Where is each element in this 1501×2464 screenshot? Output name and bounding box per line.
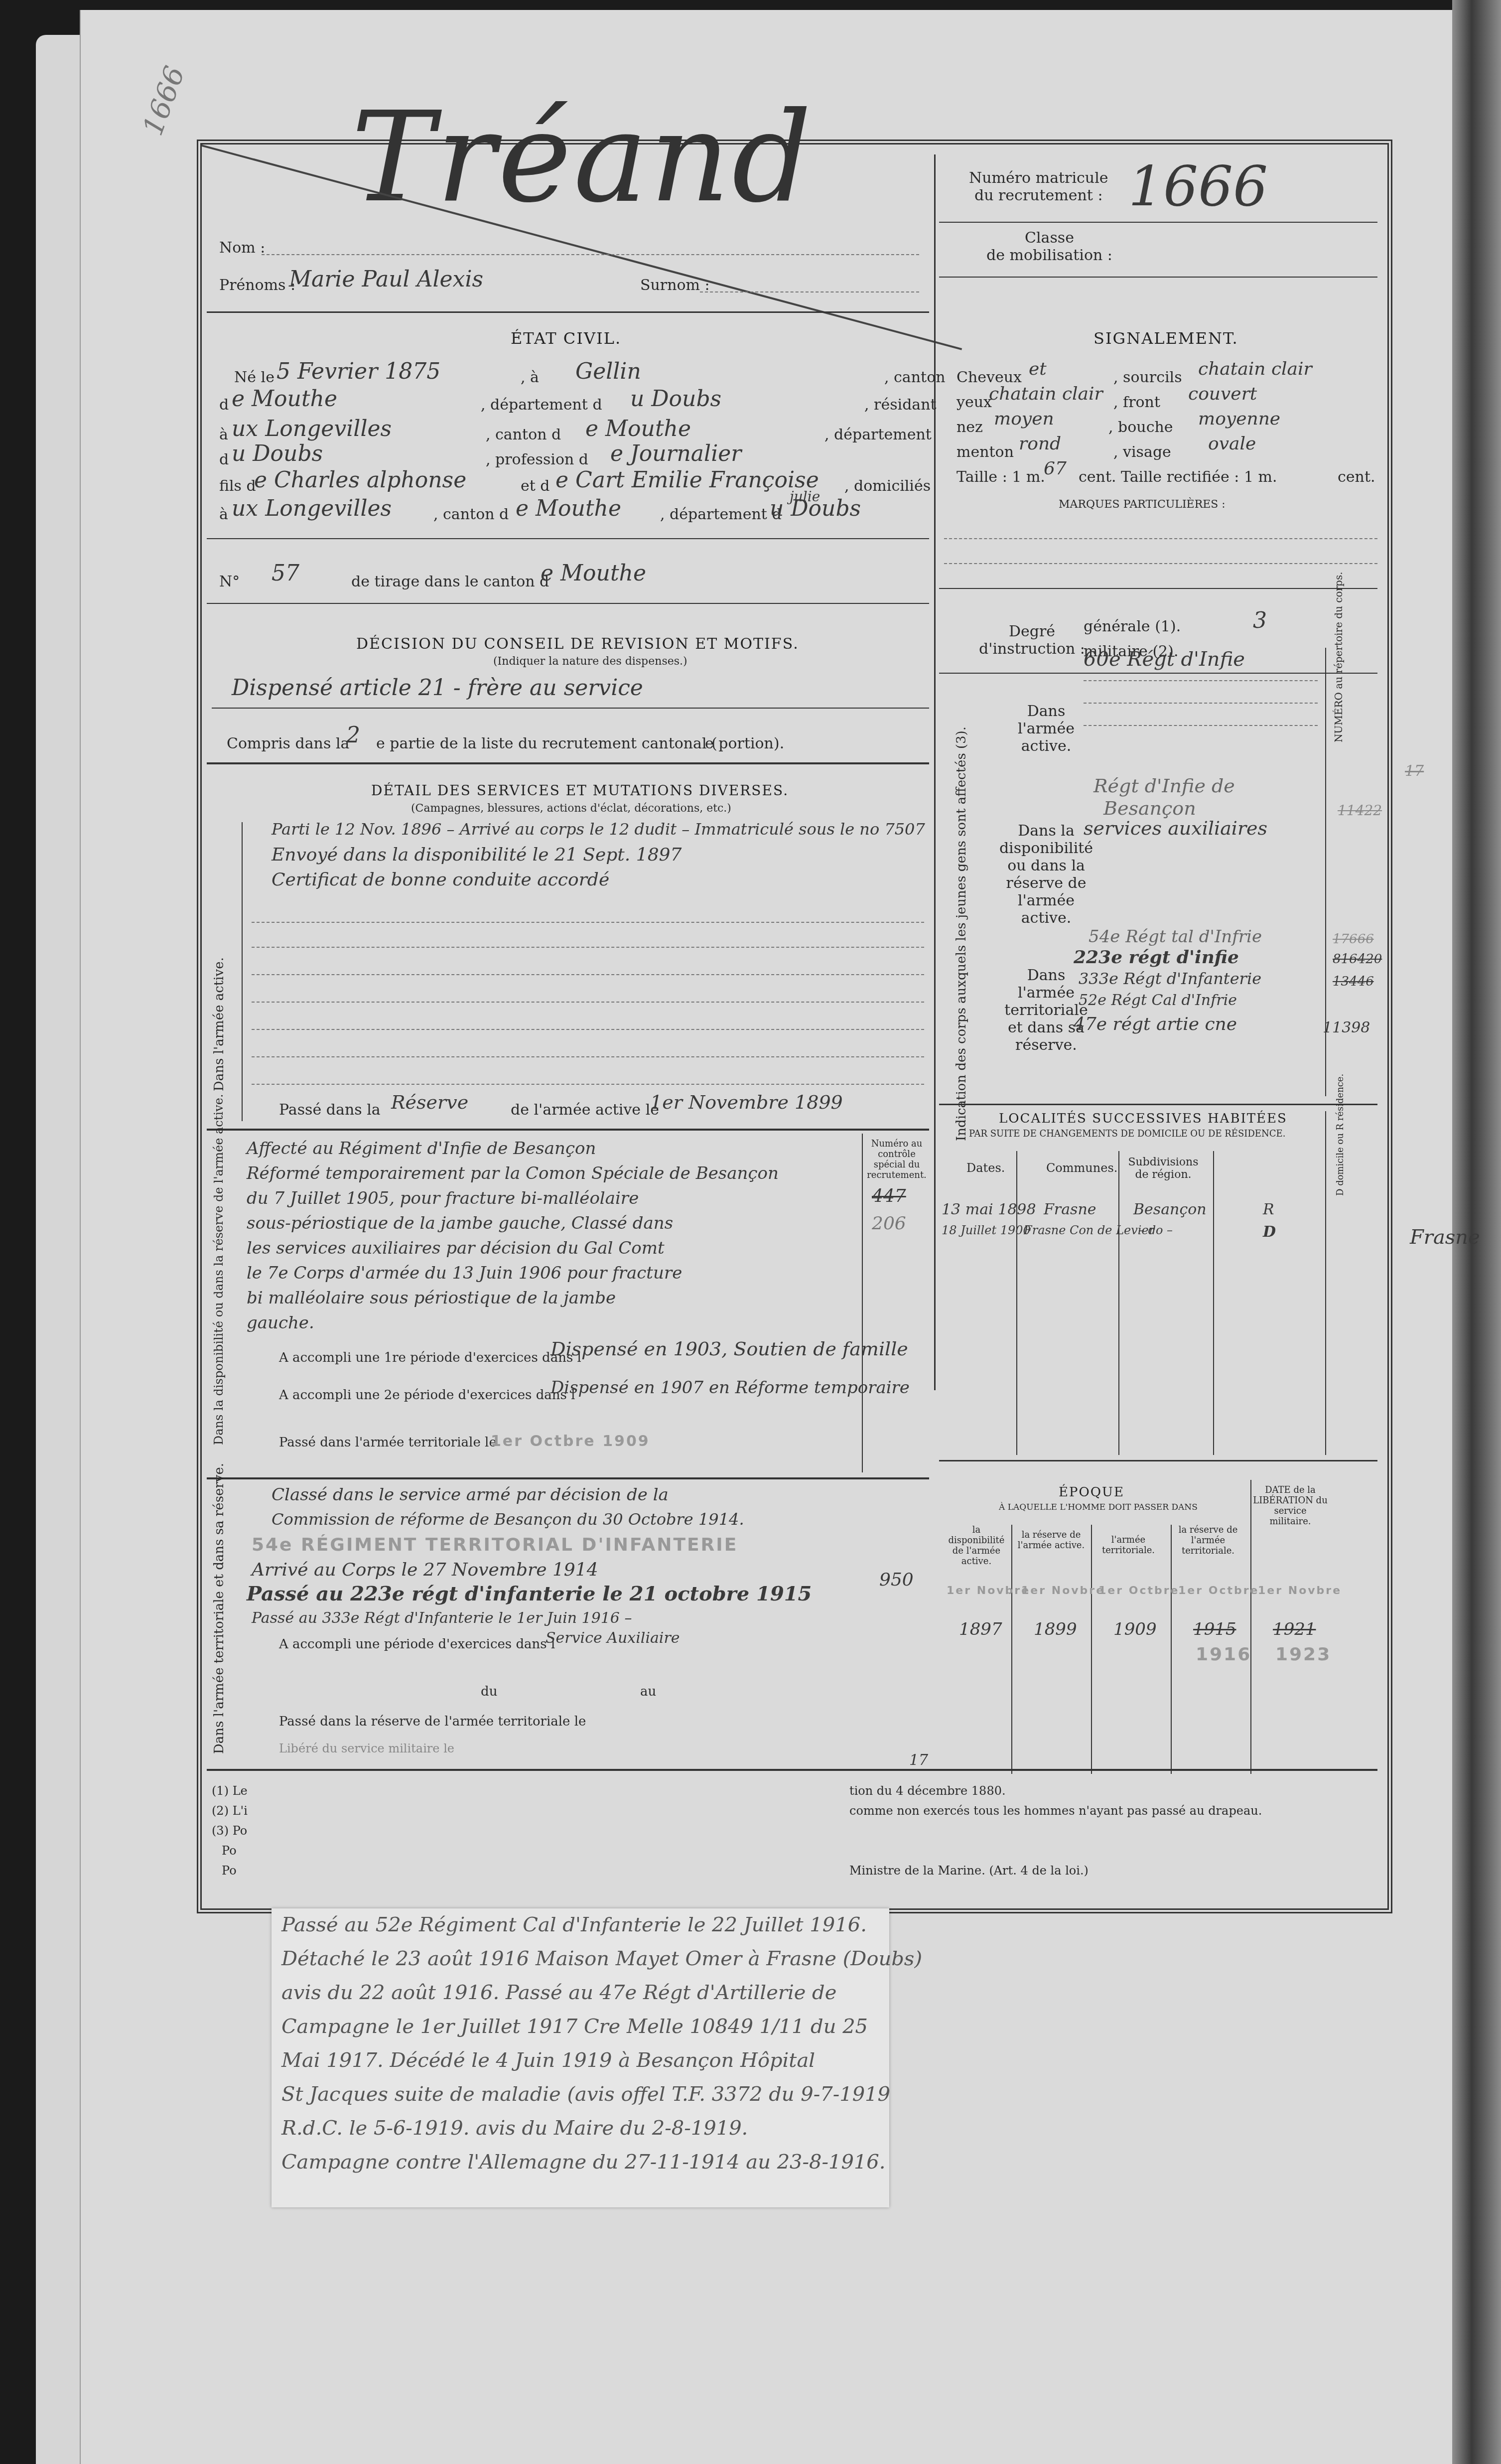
localite-type: R	[1263, 1201, 1274, 1218]
terr-line: Passé au 333e Régt d'Infanterie le 1er J…	[252, 1609, 632, 1627]
prenoms-label: Prénoms :	[219, 277, 295, 294]
dispo-line: le 7e Corps d'armée du 13 Juin 1906 pour…	[247, 1263, 682, 1283]
epoque-col: la disponibilité de l'armée active.	[944, 1525, 1009, 1567]
service-line: Envoyé dans la disponibilité le 21 Sept.…	[272, 845, 682, 865]
localite-subdivision: Besançon	[1133, 1201, 1207, 1218]
localite-type: D	[1263, 1223, 1276, 1241]
surnom-label: Surnom :	[640, 277, 710, 294]
dispo-line: Réformé temporairement par la Comon Spéc…	[247, 1163, 779, 1183]
terr-controle-number: 950	[879, 1570, 914, 1590]
epoque-col: la réserve de l'armée active.	[1014, 1530, 1089, 1551]
tirage-canton: e Mouthe	[541, 561, 646, 586]
terr-line: Classé dans le service armé par décision…	[272, 1485, 669, 1505]
liberation-col: DATE de la LIBÉRATION du service militai…	[1253, 1485, 1328, 1527]
sourcils-value: chatain clair	[1198, 359, 1312, 379]
affect-active-entry: 60e Régt d'Infie	[1084, 648, 1245, 671]
service-line: Parti le 12 Nov. 1896 – Arrivé au corps …	[272, 820, 925, 839]
regiment-stamp: 54e RÉGIMENT TERRITORIAL D'INFANTERIE	[252, 1535, 738, 1555]
epoque-col: la réserve de l'armée territoriale.	[1173, 1525, 1243, 1556]
dispo-line: Affecté au Régiment d'Infie de Besançon	[247, 1139, 596, 1159]
prenoms-value: Marie Paul Alexis	[289, 267, 483, 292]
services-active-side-label: Dans l'armée active.	[212, 957, 227, 1091]
slip-line: Passé au 52e Régiment Cal d'Infanterie l…	[281, 1913, 867, 1936]
col-dates: Dates.	[966, 1161, 1005, 1175]
birth-canton: e Mouthe	[232, 386, 337, 412]
birth-place: Gellin	[575, 359, 641, 384]
slip-line: Campagne contre l'Allemagne du 27-11-191…	[281, 2151, 886, 2174]
localite-date: 18 Juillet 1900	[942, 1223, 1031, 1237]
attached-paper-slip: Passé au 52e Régiment Cal d'Infanterie l…	[272, 1908, 889, 2207]
localite-commune: Frasne	[1044, 1201, 1096, 1218]
terr-line: Commission de réforme de Besançon du 30 …	[272, 1510, 744, 1529]
terr-line: Passé au 223e régt d'infanterie le 21 oc…	[247, 1582, 812, 1605]
localite-commune: Frasne Con de Levier	[1024, 1223, 1154, 1237]
matricule-number: 1666	[1128, 154, 1268, 218]
residence: ux Longevilles	[232, 416, 392, 441]
matricule-form: Tréand Nom : Prénoms : Marie Paul Alexis…	[197, 140, 1392, 1913]
epoque-year: 1897	[959, 1619, 1002, 1639]
service-line: Certificat de bonne conduite accordé	[272, 870, 609, 890]
slip-line: St Jacques suite de maladie (avis offel …	[281, 2083, 890, 2106]
passe-reserve: Réserve	[391, 1091, 468, 1113]
matricule-label: Numéro matricule du recrutement :	[969, 169, 1108, 204]
slip-line: R.d.C. le 5-6-1919. avis du Maire du 2-8…	[281, 2117, 748, 2140]
liberation-year: 1921	[1273, 1619, 1316, 1639]
affectations-side-label: Indication des corps auxquels les jeunes…	[954, 726, 969, 1141]
decision-title: DÉCISION DU CONSEIL DE REVISION ET MOTIF…	[356, 635, 799, 653]
dispo-line: bi malléolaire sous périostique de la ja…	[247, 1288, 616, 1308]
nom-label: Nom :	[219, 239, 265, 257]
epoque-year: 1899	[1034, 1619, 1077, 1639]
slip-line: Détaché le 23 août 1916 Maison Mayet Ome…	[281, 1947, 922, 1970]
compris-partie: 2	[346, 723, 360, 748]
services-terr-side-label: Dans l'armée territoriale et dans sa rés…	[212, 1463, 227, 1754]
passe-reserve-date: 1er Novembre 1899	[650, 1091, 843, 1113]
slip-line: avis du 22 août 1916. Passé au 47e Régt …	[281, 1981, 836, 2004]
birth-date: 5 Fevrier 1875	[276, 359, 440, 384]
outside-number: 17	[1405, 762, 1424, 780]
localites-title: LOCALITÉS SUCCESSIVES HABITÉES	[999, 1111, 1287, 1126]
signalement-title: SIGNALEMENT.	[1093, 329, 1238, 348]
numero-controle-label: Numéro au contrôle spécial du recrutemen…	[867, 1139, 927, 1180]
surname-handwritten: Tréand	[351, 85, 814, 230]
numero-repertoire-label: NUMÉRO au répertoire du corps.	[1333, 572, 1345, 742]
territoriale-entry: 47e régt artie cne	[1074, 1014, 1237, 1034]
dispo-line: sous-périostique de la jambe gauche, Cla…	[247, 1213, 673, 1233]
father-name: e Charles alphonse	[254, 467, 466, 493]
territoriale-entry: 223e régt d'infie	[1074, 947, 1239, 968]
dispo-line: du 7 Juillet 1905, pour fracture bi-mall…	[247, 1188, 639, 1208]
affect-active-label: Dans l'armée active.	[999, 703, 1093, 755]
periode-terr-value: Service Auxiliaire	[546, 1629, 680, 1647]
birth-department: u Doubs	[630, 386, 721, 412]
epoque-title: ÉPOQUE	[1059, 1485, 1124, 1500]
instruction-generale: 3	[1253, 608, 1267, 633]
services-title: DÉTAIL DES SERVICES ET MUTATIONS DIVERSE…	[371, 782, 789, 799]
taille-value: 67	[1044, 458, 1067, 479]
col-communes: Communes.	[1046, 1161, 1117, 1175]
affect-dispo-label: Dans la disponibilité ou dans la réserve…	[999, 822, 1093, 927]
territoriale-entry: 52e Régt Cal d'Infrie	[1079, 992, 1237, 1009]
territoriale-entry: 54e Régt tal d'Infrie	[1089, 927, 1262, 947]
periode-2-value: Dispensé en 1907 en Réforme temporaire	[550, 1378, 910, 1398]
slip-line: Mai 1917. Décédé le 4 Juin 1919 à Besanç…	[281, 2049, 815, 2072]
slip-line: Campagne le 1er Juillet 1917 Cre Melle 1…	[281, 2015, 868, 2038]
epoque-year: 1915	[1193, 1619, 1236, 1639]
territoriale-entry: 333e Régt d'Infanterie	[1079, 969, 1261, 988]
localite-date: 13 mai 1898	[942, 1201, 1036, 1218]
epoque-year: 1909	[1113, 1619, 1157, 1639]
epoque-col: l'armée territoriale.	[1093, 1535, 1163, 1556]
yeux-value: chatain clair	[989, 384, 1103, 404]
classe-label: Classe de mobilisation :	[986, 229, 1112, 264]
passe-territoriale-stamp: 1er Octbre 1909	[491, 1433, 650, 1450]
col-domicile: D domicile ou R résidence.	[1335, 1074, 1346, 1196]
profession: e Journalier	[610, 441, 741, 466]
dispo-line: gauche.	[247, 1313, 314, 1333]
tirage-number: 57	[272, 561, 299, 586]
terr-line: Arrivé au Corps le 27 Novembre 1914	[252, 1560, 598, 1580]
dispo-line: les services auxiliaires par décision du…	[247, 1238, 665, 1258]
decision-value: Dispensé article 21 - frère au service	[232, 675, 643, 701]
etat-civil-title: ÉTAT CIVIL.	[511, 329, 621, 348]
services-dispo-side-label: Dans la disponibilité ou dans la réserve…	[212, 1094, 226, 1445]
periode-1-value: Dispensé en 1903, Soutien de famille	[550, 1338, 908, 1360]
localite-subdivision: – do –	[1138, 1223, 1173, 1237]
outside-commune-note: Frasne	[1410, 1226, 1480, 1249]
mother-name: e Cart Emilie Françoise	[555, 467, 819, 493]
col-subdivisions: Subdivisions de région.	[1126, 1156, 1201, 1181]
